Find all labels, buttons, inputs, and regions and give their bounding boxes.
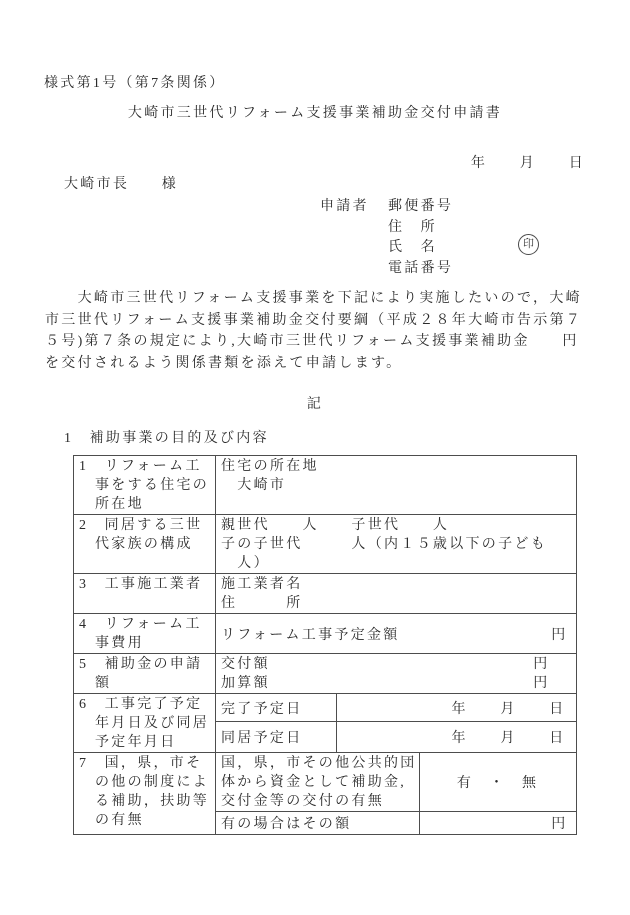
other-subsidy-question-cell: 国，県，市その他公共的団 体から資金として補助金, 交付金等の交付の有無 [216, 753, 420, 812]
application-table-wrap: 1 リフォーム工 事をする住宅の 所在地 住宅の所在地 大崎市 2 同居する三世… [73, 455, 577, 835]
yes-no-choice: 有 ・ 無 [420, 772, 576, 792]
yen-unit: 円 [551, 624, 567, 644]
date-placeholder: 年 月 日 [337, 698, 565, 718]
planned-cost-label: リフォーム工事予定金額 [221, 624, 400, 644]
cohabit-date-label-cell: 同居予定日 [216, 722, 337, 753]
date-placeholder: 年 月 日 [337, 727, 565, 747]
table-row: 1 リフォーム工 事をする住宅の 所在地 住宅の所在地 大崎市 [74, 456, 577, 515]
body-paragraph: 大崎市三世代リフォーム支援事業を下記により実施したいので，大崎 市三世代リフォー… [45, 288, 590, 374]
row2-value-cell: 親世代 人 子世代 人 子の子世代 人（内１５歳以下の子ども 人） [216, 515, 577, 574]
housing-location-label: 住宅の所在地 [221, 457, 574, 476]
table-row: 6 工事完了予定 年月日及び同居 予定年月日 完了予定日 年 月 日 [74, 694, 577, 722]
date-line: 年 月 日 [471, 152, 585, 172]
row7-item-line: の有無 [79, 811, 213, 830]
row1-item-cell: 1 リフォーム工 事をする住宅の 所在地 [74, 456, 216, 515]
other-subsidy-line: 国，県，市その他公共的団 [221, 754, 417, 773]
city-prefix-label: 大崎市 [221, 476, 574, 495]
cohabit-date-value-cell: 年 月 日 [337, 722, 576, 753]
table-row: 7 国，県，市そ の他の制度によ る補助，扶助等 の有無 国，県，市その他公共的… [74, 753, 577, 812]
other-subsidy-line: 体から資金として補助金, [221, 773, 417, 792]
row7-item-cell: 7 国，県，市そ の他の制度によ る補助，扶助等 の有無 [74, 753, 216, 835]
seal-stamp-icon: 印 [518, 234, 539, 255]
section-1-heading: 1 補助事業の目的及び内容 [64, 427, 269, 447]
applicant-postal-row: 申請者 郵便番号 [320, 197, 453, 218]
row1-item-line: 事をする住宅の [79, 476, 213, 495]
table-row: 5 補助金の申請 額 交付額 円 加算額 円 [74, 654, 577, 694]
completion-date-value-cell: 年 月 日 [337, 694, 576, 722]
family-composition-line: 親世代 人 子世代 人 [221, 516, 574, 535]
yen-unit: 円 [533, 674, 549, 693]
yen-unit: 円 [420, 813, 568, 833]
row1-item-line: 所在地 [79, 495, 213, 514]
table-row: 4 リフォーム工 事費用 リフォーム工事予定金額 円 [74, 614, 577, 654]
if-yes-amount-label-cell: 有の場合はその額 [216, 812, 420, 835]
grant-amount-label: 交付額 [221, 655, 270, 674]
row2-item-line: 代家族の構成 [79, 535, 213, 554]
row1-value-cell: 住宅の所在地 大崎市 [216, 456, 577, 515]
body-line: 大崎市三世代リフォーム支援事業を下記により実施したいので，大崎 [45, 288, 590, 310]
page-title: 大崎市三世代リフォーム支援事業補助金交付申請書 [0, 102, 630, 122]
row7-item-line: の他の制度によ [79, 773, 213, 792]
contractor-address-label: 住 所 [221, 594, 574, 613]
address-label: 住 所 [320, 218, 453, 239]
phone-label: 電話番号 [320, 259, 453, 280]
yen-unit: 円 [533, 655, 549, 674]
row7-item-line: る補助，扶助等 [79, 792, 213, 811]
cohabit-date-label: 同居予定日 [221, 727, 336, 747]
other-subsidy-line: 交付金等の交付の有無 [221, 792, 417, 811]
row4-value-cell: リフォーム工事予定金額 円 [216, 614, 577, 654]
row1-item-line: 1 リフォーム工 [79, 457, 213, 476]
body-line: を交付されるよう関係書類を添えて申請します。 [45, 353, 590, 375]
row3-item-line: 3 工事施工業者 [79, 575, 213, 594]
if-yes-amount-label: 有の場合はその額 [221, 813, 419, 833]
row2-item-cell: 2 同居する三世 代家族の構成 [74, 515, 216, 574]
row6-item-line: 予定年月日 [79, 733, 213, 752]
row7-item-line: 7 国，県，市そ [79, 754, 213, 773]
grant-amount-row: 交付額 円 [216, 655, 576, 674]
table-row: 2 同居する三世 代家族の構成 親世代 人 子世代 人 子の子世代 人（内１５歳… [74, 515, 577, 574]
row3-item-cell: 3 工事施工業者 [74, 574, 216, 614]
row6-item-line: 年月日及び同居 [79, 714, 213, 733]
applicant-block: 申請者 郵便番号 住 所 氏 名 電話番号 [320, 197, 453, 279]
row5-item-cell: 5 補助金の申請 額 [74, 654, 216, 694]
postal-label: 郵便番号 [388, 197, 453, 218]
row6-item-line: 6 工事完了予定 [79, 695, 213, 714]
form-number: 様式第1号（第7条関係） [44, 72, 226, 92]
row5-value-cell: 交付額 円 加算額 円 [216, 654, 577, 694]
row4-item-line: 4 リフォーム工 [79, 615, 213, 634]
row5-item-line: 5 補助金の申請 [79, 655, 213, 674]
document-page: 様式第1号（第7条関係） 大崎市三世代リフォーム支援事業補助金交付申請書 年 月… [0, 0, 630, 915]
if-yes-amount-value-cell: 円 [419, 812, 576, 835]
family-composition-line: 子の子世代 人（内１５歳以下の子ども [221, 535, 574, 554]
row4-item-line: 事費用 [79, 634, 213, 653]
body-line: ５号)第７条の規定により,大崎市三世代リフォーム支援事業補助金 円 [45, 331, 590, 353]
yes-no-cell: 有 ・ 無 [419, 753, 576, 812]
addressee: 大崎市長 様 [64, 173, 178, 193]
additional-amount-row: 加算額 円 [216, 674, 576, 693]
contractor-name-label: 施工業者名 [221, 575, 574, 594]
application-table: 1 リフォーム工 事をする住宅の 所在地 住宅の所在地 大崎市 2 同居する三世… [73, 455, 577, 835]
table-row: 3 工事施工業者 施工業者名 住 所 [74, 574, 577, 614]
body-line: 市三世代リフォーム支援事業補助金交付要綱（平成２８年大崎市告示第７ [45, 310, 590, 332]
name-label: 氏 名 [320, 238, 453, 259]
note-heading: 記 [45, 393, 585, 413]
family-composition-line: 人） [221, 554, 574, 573]
applicant-label: 申請者 [320, 197, 388, 218]
row5-item-line: 額 [79, 674, 213, 693]
additional-amount-label: 加算額 [221, 674, 270, 693]
row2-item-line: 2 同居する三世 [79, 516, 213, 535]
completion-date-label-cell: 完了予定日 [216, 694, 337, 722]
row6-item-cell: 6 工事完了予定 年月日及び同居 予定年月日 [74, 694, 216, 753]
row3-value-cell: 施工業者名 住 所 [216, 574, 577, 614]
row4-item-cell: 4 リフォーム工 事費用 [74, 614, 216, 654]
completion-date-label: 完了予定日 [221, 698, 336, 718]
